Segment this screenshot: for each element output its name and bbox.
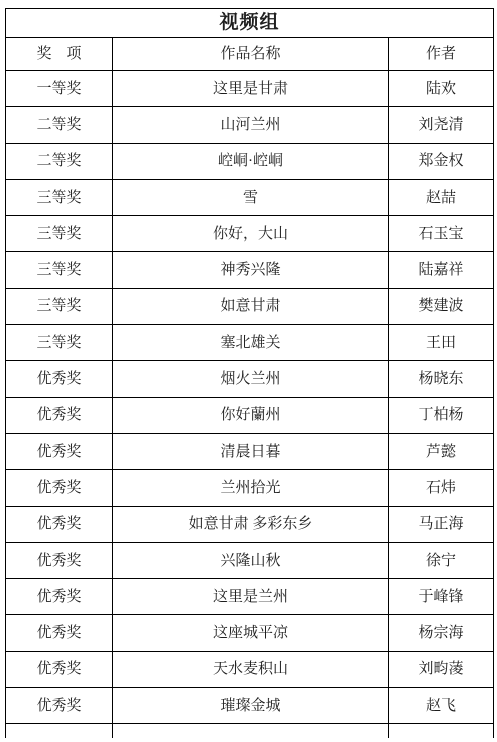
award-cell: 优秀奖 (6, 579, 113, 615)
work-title-cell: 兴隆山秋 (113, 542, 389, 578)
table-row: 三等奖雪赵喆 (6, 179, 494, 215)
table-row: 优秀奖兰州拾光石炜 (6, 470, 494, 506)
award-cell: 优秀奖 (6, 506, 113, 542)
author-cell: 陆嘉祥 (389, 252, 494, 288)
table-header-row: 奖 项 作品名称 作者 (6, 38, 494, 71)
award-cell (6, 724, 113, 739)
author-cell: 杨宗海 (389, 615, 494, 651)
author-cell: 郑金权 (389, 143, 494, 179)
author-cell: 石玉宝 (389, 216, 494, 252)
award-cell: 三等奖 (6, 325, 113, 361)
table-row: 三等奖你好，大山石玉宝 (6, 216, 494, 252)
work-title-cell: 雪 (113, 179, 389, 215)
author-cell: 马正海 (389, 506, 494, 542)
column-header-award: 奖 项 (6, 38, 113, 71)
author-cell: 陆欢 (389, 71, 494, 107)
table-row: 优秀奖你好蘭州丁柏杨 (6, 397, 494, 433)
page: 视频组 奖 项 作品名称 作者 一等奖这里是甘肃陆欢二等奖山河兰州刘尧清二等奖崆… (0, 0, 497, 742)
author-cell: 芦懿 (389, 433, 494, 469)
award-cell: 优秀奖 (6, 397, 113, 433)
award-cell: 优秀奖 (6, 361, 113, 397)
author-cell: 刘畇蓤 (389, 651, 494, 687)
table-body: 一等奖这里是甘肃陆欢二等奖山河兰州刘尧清二等奖崆峒·崆峒郑金权三等奖雪赵喆三等奖… (6, 71, 494, 739)
award-cell: 二等奖 (6, 143, 113, 179)
award-cell: 优秀奖 (6, 688, 113, 724)
table-row: 优秀奖清晨日暮芦懿 (6, 433, 494, 469)
table-title: 视频组 (6, 9, 494, 38)
work-title-cell: 塞北雄关 (113, 325, 389, 361)
work-title-cell: 兰州拾光 (113, 470, 389, 506)
author-cell: 丁柏杨 (389, 397, 494, 433)
work-title-cell: 如意甘肃 多彩东乡 (113, 506, 389, 542)
author-cell: 刘尧清 (389, 107, 494, 143)
award-cell: 优秀奖 (6, 470, 113, 506)
work-title-cell: 清晨日暮 (113, 433, 389, 469)
table-row: 优秀奖这座城平凉杨宗海 (6, 615, 494, 651)
work-title-cell: 这里是兰州 (113, 579, 389, 615)
table-row: 优秀奖天水麦积山刘畇蓤 (6, 651, 494, 687)
table-row: 优秀奖这里是兰州于峰锋 (6, 579, 494, 615)
award-cell: 三等奖 (6, 252, 113, 288)
award-cell: 优秀奖 (6, 542, 113, 578)
author-cell: 石炜 (389, 470, 494, 506)
author-cell: 赵飞 (389, 688, 494, 724)
table-row: 三等奖如意甘肃樊建波 (6, 288, 494, 324)
table-row: 三等奖塞北雄关王田 (6, 325, 494, 361)
award-cell: 三等奖 (6, 216, 113, 252)
work-title-cell: 烟火兰州 (113, 361, 389, 397)
work-title-cell: 你好，大山 (113, 216, 389, 252)
work-title-cell: 山河兰州 (113, 107, 389, 143)
awards-table: 视频组 奖 项 作品名称 作者 一等奖这里是甘肃陆欢二等奖山河兰州刘尧清二等奖崆… (5, 8, 494, 738)
table-row: 优秀奖兴隆山秋徐宁 (6, 542, 494, 578)
work-title-cell: 如意甘肃 (113, 288, 389, 324)
author-cell (389, 724, 494, 739)
work-title-cell: 这座城平凉 (113, 615, 389, 651)
table-row: 二等奖崆峒·崆峒郑金权 (6, 143, 494, 179)
table-row: 优秀奖烟火兰州杨晓东 (6, 361, 494, 397)
column-header-author: 作者 (389, 38, 494, 71)
table-row: 一等奖这里是甘肃陆欢 (6, 71, 494, 107)
award-cell: 优秀奖 (6, 615, 113, 651)
award-cell: 优秀奖 (6, 651, 113, 687)
author-cell: 王田 (389, 325, 494, 361)
author-cell: 杨晓东 (389, 361, 494, 397)
table-row: 优秀奖璀璨金城赵飞 (6, 688, 494, 724)
author-cell: 于峰锋 (389, 579, 494, 615)
award-cell: 一等奖 (6, 71, 113, 107)
table-row: 二等奖山河兰州刘尧清 (6, 107, 494, 143)
work-title-cell (113, 724, 389, 739)
award-cell: 二等奖 (6, 107, 113, 143)
author-cell: 樊建波 (389, 288, 494, 324)
work-title-cell: 璀璨金城 (113, 688, 389, 724)
work-title-cell: 这里是甘肃 (113, 71, 389, 107)
work-title-cell: 神秀兴隆 (113, 252, 389, 288)
work-title-cell: 天水麦积山 (113, 651, 389, 687)
award-cell: 优秀奖 (6, 433, 113, 469)
author-cell: 赵喆 (389, 179, 494, 215)
award-cell: 三等奖 (6, 288, 113, 324)
author-cell: 徐宁 (389, 542, 494, 578)
table-row: 优秀奖如意甘肃 多彩东乡马正海 (6, 506, 494, 542)
table-row-partial (6, 724, 494, 739)
award-cell: 三等奖 (6, 179, 113, 215)
work-title-cell: 你好蘭州 (113, 397, 389, 433)
work-title-cell: 崆峒·崆峒 (113, 143, 389, 179)
table-row: 三等奖神秀兴隆陆嘉祥 (6, 252, 494, 288)
column-header-work-title: 作品名称 (113, 38, 389, 71)
table-title-row: 视频组 (6, 9, 494, 38)
